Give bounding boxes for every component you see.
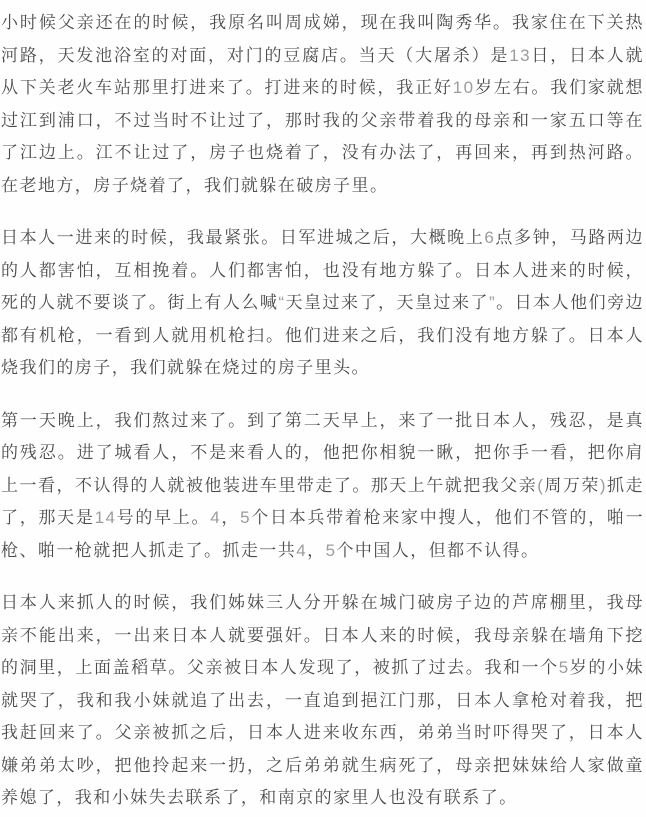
testimony-paragraph-1: 小时候父亲还在的时候，我原名叫周成娣，现在我叫陶秀华。我家住在下关热河路，天发池… — [1, 7, 644, 202]
testimony-paragraph-4: 日本人来抓人的时候，我们姊妹三人分开躲在城门破房子边的芦席棚里，我母亲不能出来，… — [1, 587, 644, 815]
testimony-document: 小时候父亲还在的时候，我原名叫周成娣，现在我叫陶秀华。我家住在下关热河路，天发池… — [0, 0, 646, 815]
testimony-paragraph-2: 日本人一进来的时候，我最紧张。日军进城之后，大概晚上6点多钟，马路两边的人都害怕… — [1, 222, 644, 385]
testimony-paragraph-3: 第一天晚上，我们熬过来了。到了第二天早上，来了一批日本人，残忍，是真的残忍。进了… — [1, 405, 644, 568]
